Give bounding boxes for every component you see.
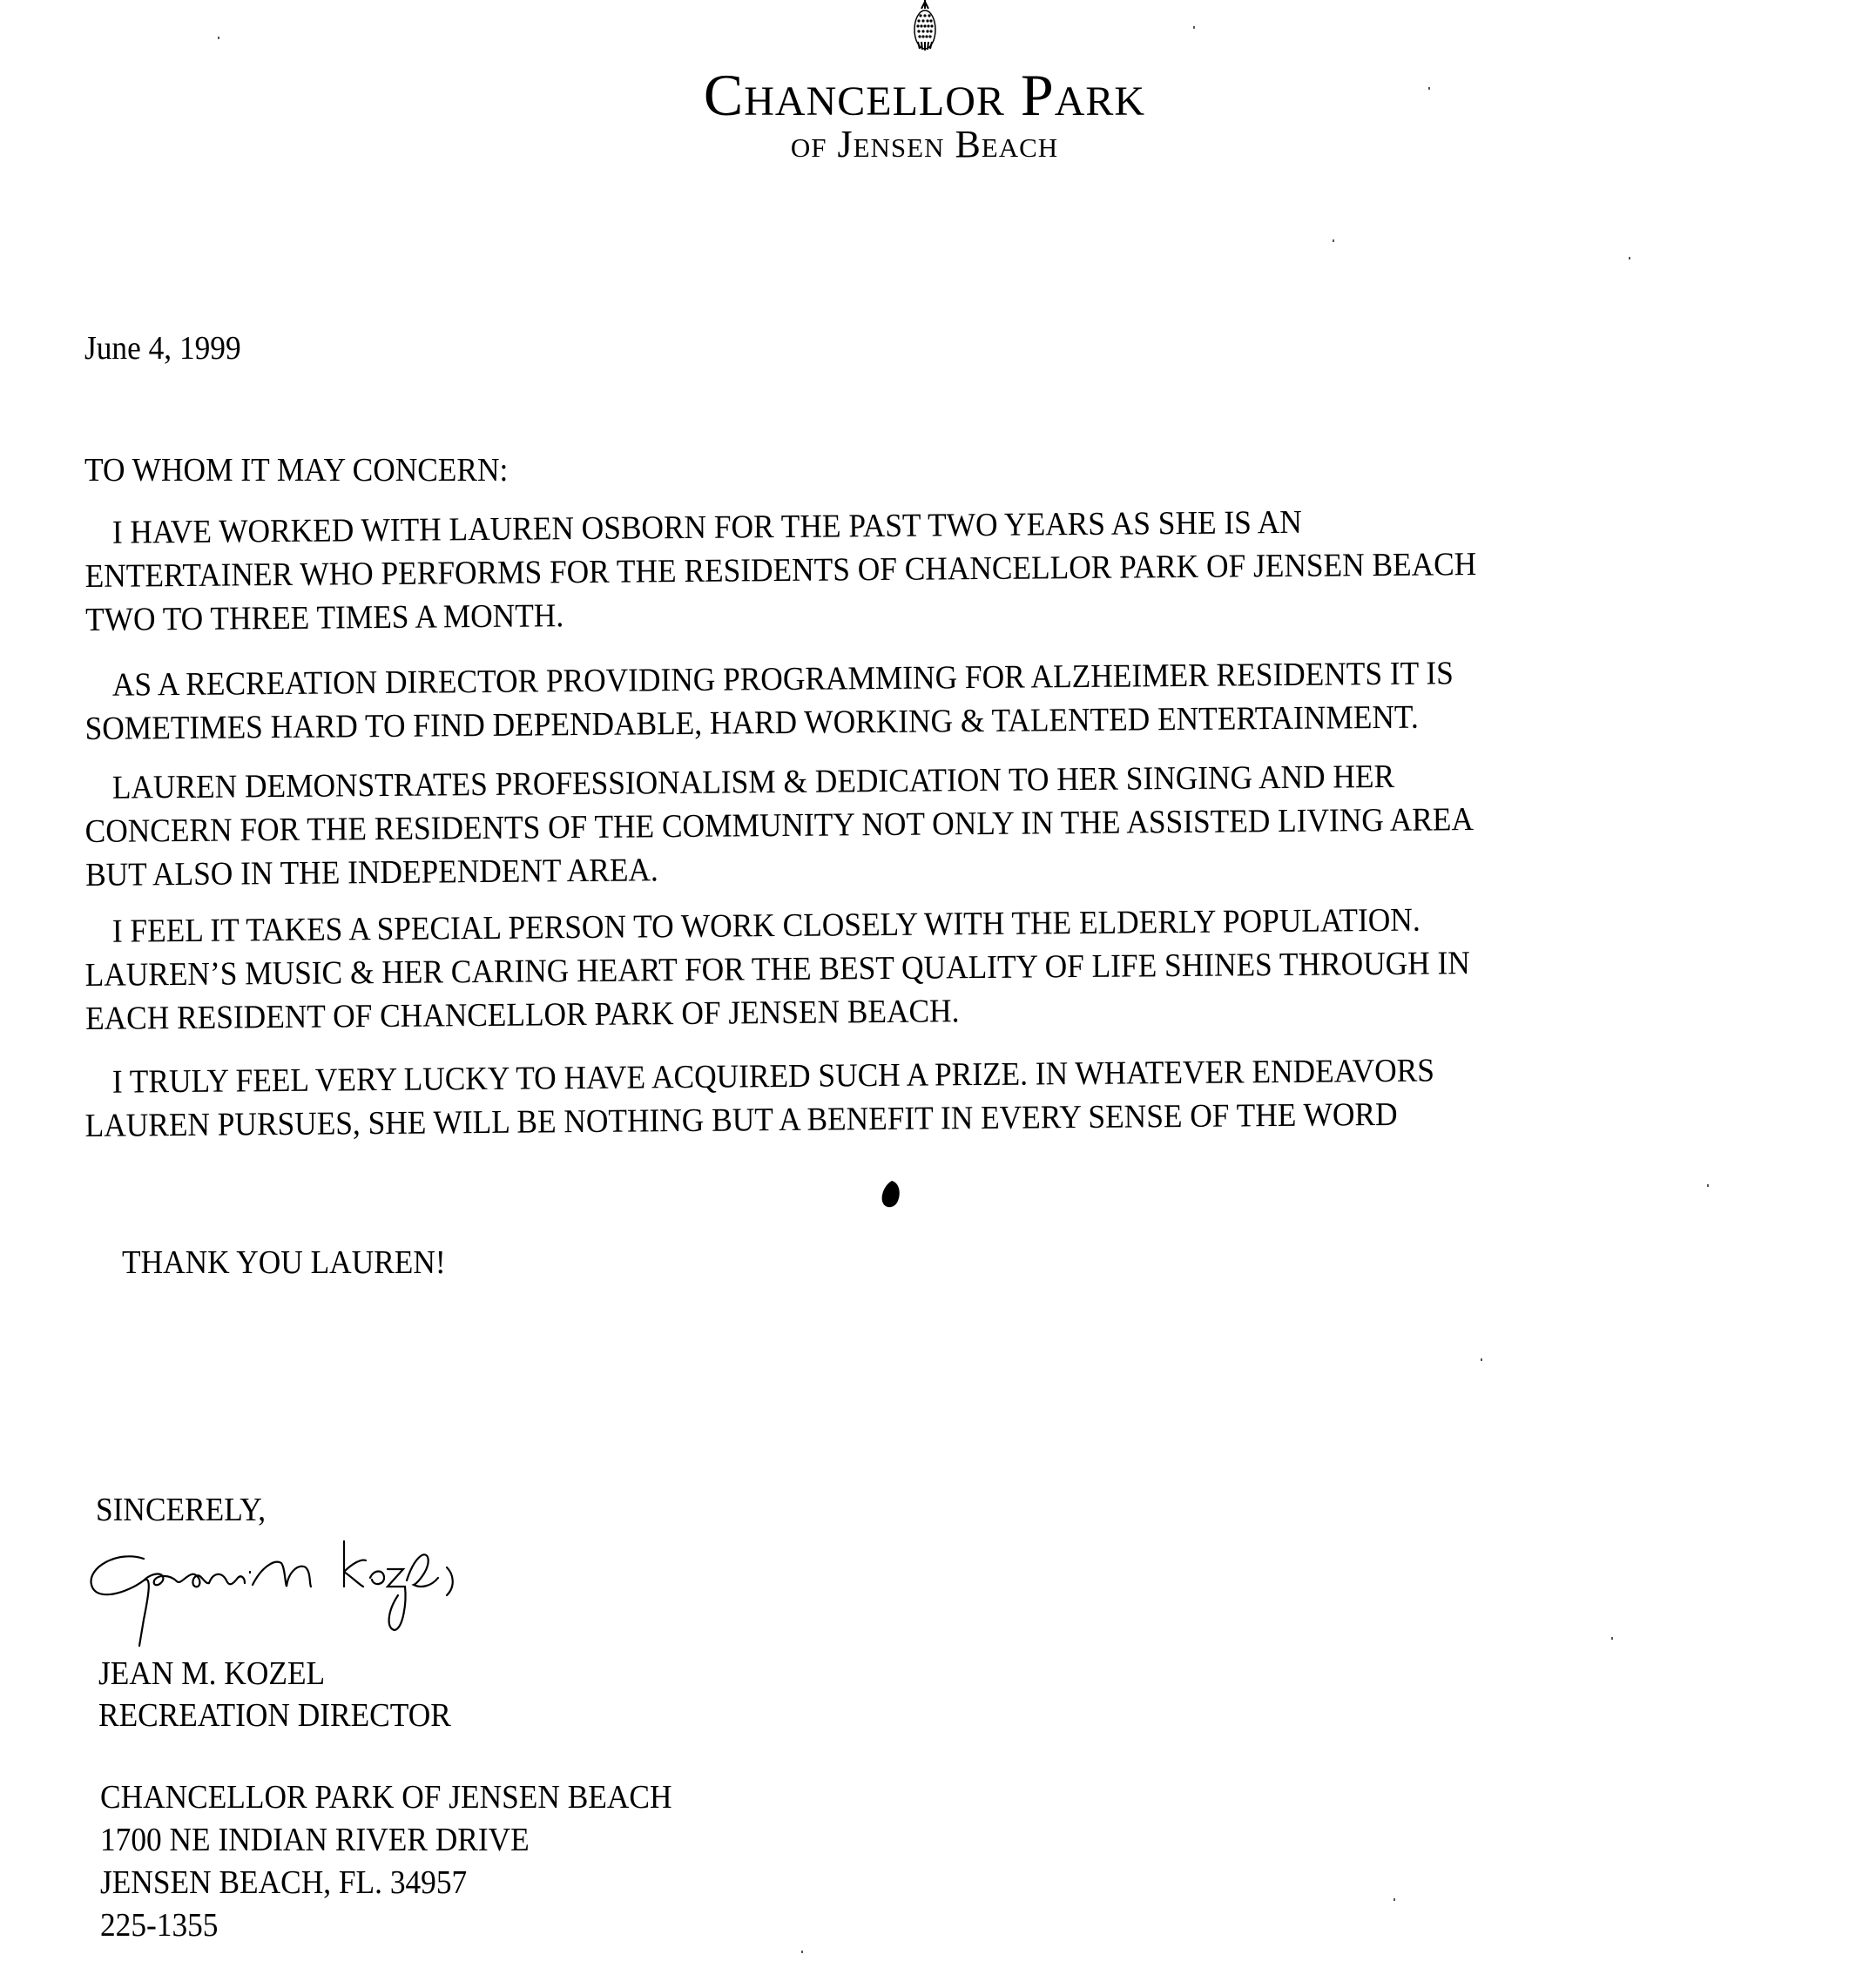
letter-date: June 4, 1999 [84,329,241,367]
scan-speck [1333,239,1334,242]
scan-speck [1428,87,1430,90]
paragraph-2: AS A RECREATION DIRECTOR PROVIDING PROGR… [84,649,1827,751]
scan-speck [1393,1898,1395,1901]
paragraph-3: LAUREN DEMONSTRATES PROFESSIONALISM & DE… [84,751,1827,897]
handwritten-signature [83,1533,640,1650]
scan-speck [1707,1184,1709,1187]
closing: SINCERELY, [96,1491,266,1529]
signer-title: RECREATION DIRECTOR [98,1696,451,1735]
pineapple-icon [904,0,946,54]
address-line: 225-1355 [100,1904,672,1947]
address-line: JENSEN BEACH, FL. 34957 [100,1862,672,1904]
paragraph-5: I TRULY FEEL VERY LUCKY TO HAVE ACQUIRED… [84,1046,1827,1148]
signer-name: JEAN M. KOZEL [98,1654,325,1693]
address-line: CHANCELLOR PARK OF JENSEN BEACH [100,1776,672,1819]
address-block: CHANCELLOR PARK OF JENSEN BEACH 1700 NE … [100,1776,715,1947]
letterhead-title: Chancellor Park [0,61,1849,130]
ink-blot [880,1180,902,1210]
scan-speck [218,37,219,39]
scan-speck [801,1951,803,1953]
address-line: 1700 NE INDIAN RIVER DRIVE [100,1819,672,1862]
paragraph-4: I FEEL IT TAKES A SPECIAL PERSON TO WORK… [84,895,1827,1041]
salutation: TO WHOM IT MAY CONCERN: [84,451,508,489]
paragraph-1: I HAVE WORKED WITH LAUREN OSBORN FOR THE… [84,496,1827,642]
scan-speck [1629,257,1630,259]
scan-speck [1193,26,1195,29]
thanks-line: THANK YOU LAUREN! [122,1243,446,1282]
scan-speck [1481,1358,1482,1361]
letterhead-subtitle: of Jensen Beach [0,122,1849,166]
scan-speck [1611,1637,1613,1640]
